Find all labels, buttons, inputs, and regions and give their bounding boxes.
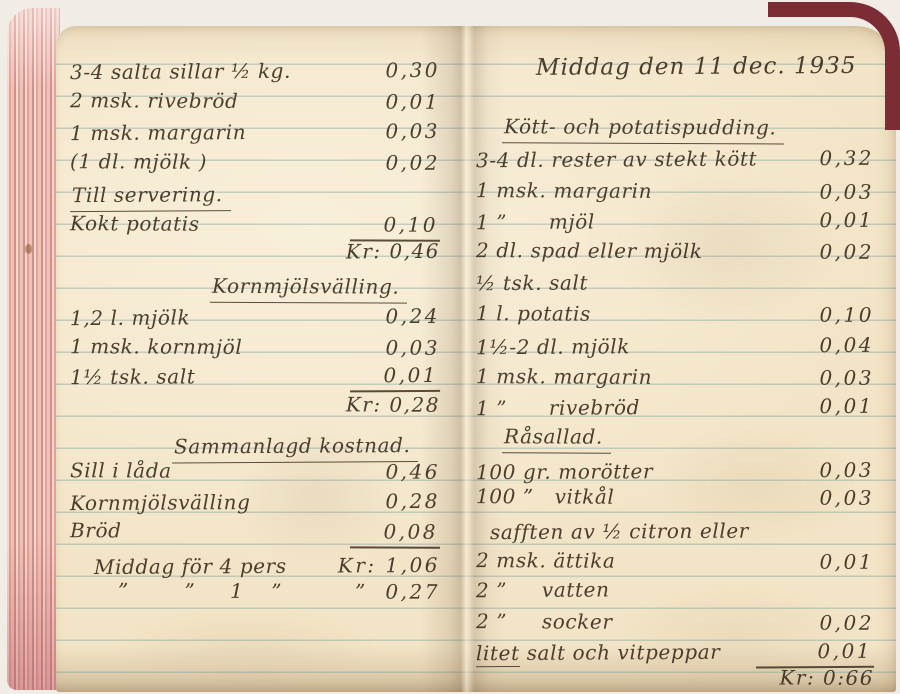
recipe-line: 1 msk. margarin0,03	[466, 178, 886, 205]
line-label: ½ tsk. salt	[476, 269, 816, 296]
total-line: Kr: 0:66	[466, 664, 886, 691]
line-price: 0,46	[382, 460, 440, 485]
line-label: 2 msk. rivebröd	[70, 88, 382, 114]
line-price: 0,01	[350, 363, 440, 393]
recipe-line: 3-4 salta sillar ½ kg.0,30	[60, 58, 452, 85]
recipe-line: 1½ tsk. salt0,01	[60, 363, 452, 394]
recipe-line: safften av ½ citron eller	[466, 518, 886, 546]
line-label: Bröd	[70, 518, 350, 544]
recipe-line: Sill i låda0,46	[60, 458, 452, 485]
cover-corner	[768, 2, 900, 130]
total-line: Kr: 0,28	[60, 391, 452, 418]
total-label: Kr: 0,46	[346, 239, 440, 265]
line-price: 0,03	[816, 366, 874, 391]
line-price: 0,30	[382, 58, 440, 83]
line-price: 0,03	[816, 486, 874, 511]
line-label: 1 msk. margarin	[476, 178, 816, 204]
line-label: 1,2 l. mjölk	[70, 304, 382, 331]
line-label: 1½-2 dl. mjölk	[476, 333, 816, 360]
line-price: 0,24	[382, 304, 440, 329]
line-label: 3-4 salta sillar ½ kg.	[70, 58, 382, 85]
line-label: Kokt potatis	[70, 211, 350, 237]
line-label: 2 msk. ättika	[476, 548, 816, 574]
line-price: 0,01	[816, 394, 874, 419]
notebook: 3-4 salta sillar ½ kg.0,30 2 msk. rivebr…	[0, 0, 900, 694]
line-price: 0,32	[816, 146, 874, 171]
line-price: 0,03	[816, 180, 874, 205]
line-price: 0,28	[382, 489, 440, 514]
line-price: 0,10	[350, 212, 440, 241]
line-label: 1 ” mjöl	[476, 208, 816, 235]
section-heading: Kornmjölsvälling.	[60, 273, 452, 304]
line-label: ” ” 1 ”	[118, 578, 355, 604]
recipe-line: 2 ” vatten	[466, 576, 886, 604]
pink-page-edges	[7, 8, 60, 690]
heading-label: Till servering.	[70, 182, 231, 212]
line-price: ” 0,27	[355, 579, 440, 604]
line-price: 0,04	[816, 333, 874, 358]
line-label: Kornmjölsvälling	[70, 489, 382, 516]
line-price: 0,03	[816, 458, 874, 483]
recipe-line: 3-4 dl. rester av stekt kött0,32	[466, 146, 886, 174]
section-heading: Till servering.	[60, 181, 452, 212]
recipe-line: 1 ” mjöl0,01	[466, 208, 886, 236]
section-heading: Råsallad.	[466, 424, 886, 455]
left-page: 3-4 salta sillar ½ kg.0,30 2 msk. rivebr…	[60, 26, 452, 692]
total-label: Kr: 0,28	[346, 392, 440, 417]
recipe-line: 1,2 l. mjölk0,24	[60, 304, 452, 331]
line-price: 0,01	[816, 550, 874, 575]
line-price: 0,01	[816, 208, 874, 233]
line-label: 1 msk. margarin	[70, 119, 382, 146]
recipe-line: 100 ” vitkål0,03	[466, 484, 886, 511]
recipe-line: 1 msk. margarin0,03	[466, 364, 886, 391]
line-label: 2 ” socker	[476, 609, 816, 635]
line-price: 0,03	[382, 119, 440, 144]
line-price: 0,02	[816, 611, 874, 636]
recipe-line: 1 ” rivebröd0,01	[466, 394, 886, 422]
line-label: 1 msk. kornmjöl	[70, 334, 382, 360]
line-price: 0,08	[350, 519, 440, 548]
line-price: 0,01	[756, 639, 874, 669]
line-label: 3-4 dl. rester av stekt kött	[476, 146, 816, 173]
line-price: 0,01	[382, 90, 440, 115]
recipe-line: ” ” 1 ”” 0,27	[60, 578, 452, 605]
line-label: safften av ½ citron eller	[490, 518, 816, 545]
total-label: Kr: 0:66	[779, 665, 874, 690]
line-label: 2 ” vatten	[476, 576, 816, 603]
heading-label: Kornmjölsvälling.	[210, 274, 408, 304]
recipe-line: 100 gr. morötter0,03	[466, 458, 886, 486]
line-price: 0,02	[382, 151, 440, 176]
line-label: 1 msk. margarin	[476, 364, 816, 390]
line-price: 0,10	[816, 303, 874, 328]
recipe-line: Middag för 4 persKr: 1,06	[60, 553, 452, 580]
line-label: Sill i låda	[70, 458, 382, 484]
heading-label: Råsallad.	[502, 424, 611, 453]
total-line: Kr: 0,46	[60, 239, 452, 266]
line-label: 1 l. potatis	[476, 301, 816, 327]
line-label: 2 dl. spad eller mjölk	[476, 238, 816, 264]
recipe-line: Kokt potatis0,10	[60, 211, 452, 242]
recipe-line: Bröd0,08	[60, 518, 452, 549]
line-price: 0,02	[816, 240, 874, 265]
recipe-line: 1 msk. kornmjöl0,03	[60, 334, 452, 361]
recipe-line: 2 msk. rivebröd0,01	[60, 88, 452, 115]
line-label: litet salt och vitpeppar	[476, 640, 756, 667]
line-price: Kr: 1,06	[338, 553, 440, 579]
paper-fleck	[25, 244, 32, 254]
recipe-line: (1 dl. mjölk )0,02	[60, 149, 452, 176]
recipe-line: 2 msk. ättika0,01	[466, 548, 886, 575]
line-label: 100 ” vitkål	[476, 484, 816, 510]
line-label-rest: salt och vitpeppar	[520, 640, 721, 665]
heading-label: Kött- och potatispudding.	[502, 114, 784, 144]
line-label: 100 gr. morötter	[476, 458, 816, 485]
line-label: (1 dl. mjölk )	[70, 149, 382, 175]
line-price: 0,03	[382, 336, 440, 361]
line-label: 1½ tsk. salt	[70, 363, 350, 390]
recipe-line: 1½-2 dl. mjölk0,04	[466, 333, 886, 361]
recipe-line: Kornmjölsvälling0,28	[60, 489, 452, 516]
recipe-line: ½ tsk. salt	[466, 269, 886, 297]
recipe-line: 1 l. potatis0,10	[466, 301, 886, 328]
line-label: Middag för 4 pers	[94, 554, 338, 580]
recipe-line: 2 ” socker0,02	[466, 609, 886, 636]
recipe-line: 2 dl. spad eller mjölk0,02	[466, 238, 886, 265]
line-label: 1 ” rivebröd	[476, 394, 816, 421]
recipe-line: 1 msk. margarin0,03	[60, 119, 452, 146]
